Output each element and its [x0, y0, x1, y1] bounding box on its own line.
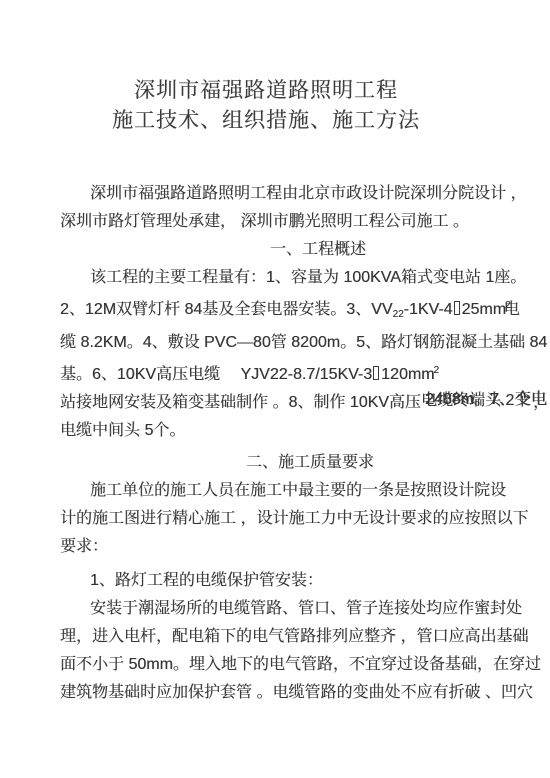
paragraph-3-line-3: 要求： [60, 533, 512, 561]
paragraph-4-line-1: 1、路灯工程的电缆保护管安装： [60, 567, 512, 595]
paragraph-5-line-3: 面不小于 50mm。埋入地下的电气管路，不宜穿过设备基础，在穿过 [60, 651, 512, 679]
document-page: 深圳市福强路道路照明工程 施工技术、组织措施、施工方法 深圳市福强路道路照明工程… [0, 0, 550, 778]
line-text: -1KV-4 [404, 301, 453, 318]
paragraph-1-line-2: 深圳市路灯管理处承建， 深圳市鹏光照明工程公司施工 。 [60, 208, 512, 236]
overprint-layer-over: 2488m。7、变电 [425, 390, 547, 410]
overprinted-text-artifact: 电缆终端头 2个2488m。7、变电 [421, 391, 533, 411]
line-text: 电 [504, 301, 520, 318]
paragraph-2-line-3: 缆 8.2KM。4、敷设 PVC—80管 8200m。5、路灯钢筋混凝土基础 8… [60, 329, 512, 357]
line-text: 25mm [462, 301, 506, 318]
title-line-2: 施工技术、组织措施、施工方法 [0, 105, 541, 135]
paragraph-2-line-1: 该工程的主要工程量有：1、容量为 100KVA箱式变电站 1座。 [60, 264, 512, 292]
paragraph-2-line-4: 基。6、10KV高压电缆 YJV22-8.7/15KV-3120mm2 [60, 357, 512, 389]
paragraph-2-line-6: 电缆中间头 5个。 [60, 417, 512, 445]
paragraph-3-line-2: 计的施工图进行精心施工 ，设计施工力中无设计要求的应按照以下 [60, 505, 512, 533]
line-text: 2、12M双臂灯杆 84基及全套电器安装。3、VV [60, 301, 393, 318]
paragraph-3-line-1: 施工单位的施工人员在施工中最主要的一条是按照设计院设 [60, 477, 512, 505]
section-heading-1: 一、工程概述 [92, 236, 544, 264]
title-line-1: 深圳市福强路道路照明工程 [0, 75, 541, 105]
paragraph-2-line-2: 2、12M双臂灯杆 84基及全套电器安装。3、VV22-1KV-425mm2电 [60, 292, 512, 329]
paragraph-5-line-1: 安装于潮湿场所的电缆管路、管口、管子连接处均应作蜜封处 [60, 595, 512, 623]
line-text: 基。6、10KV高压电缆 YJV22-8.7/15KV-3 [60, 366, 372, 383]
document-title: 深圳市福强路道路照明工程 施工技术、组织措施、施工方法 [0, 75, 541, 135]
paragraph-5-line-4: 建筑物基础时应加保护套管 。电缆管路的变曲处不应有折破 、凹穴 [60, 679, 512, 707]
section-heading-2: 二、施工质量要求 [84, 449, 536, 477]
missing-glyph-box-icon [454, 301, 460, 315]
document-body: 深圳市福强路道路照明工程由北京市政设计院深圳分院设计 ， 深圳市路灯管理处承建，… [60, 180, 512, 707]
line-text: 120mm [381, 366, 434, 383]
squared-superscript: 2 [434, 365, 440, 376]
cable-type-subscript: 22 [393, 309, 404, 320]
paragraph-2-line-5: 站接地网安装及箱变基础制作 。8、制作 10KV高压电缆终端头 2个2488m。… [60, 389, 512, 417]
paragraph-1-line-1: 深圳市福强路道路照明工程由北京市政设计院深圳分院设计 ， [60, 180, 512, 208]
paragraph-5-line-2: 理，进入电杆，配电箱下的电气管路排列应整齐 ，管口应高出基础 [60, 623, 512, 651]
line-text: 站接地网安装及箱变基础制作 。8、制作 10KV高压 [60, 394, 421, 411]
missing-glyph-box-icon [373, 366, 379, 380]
